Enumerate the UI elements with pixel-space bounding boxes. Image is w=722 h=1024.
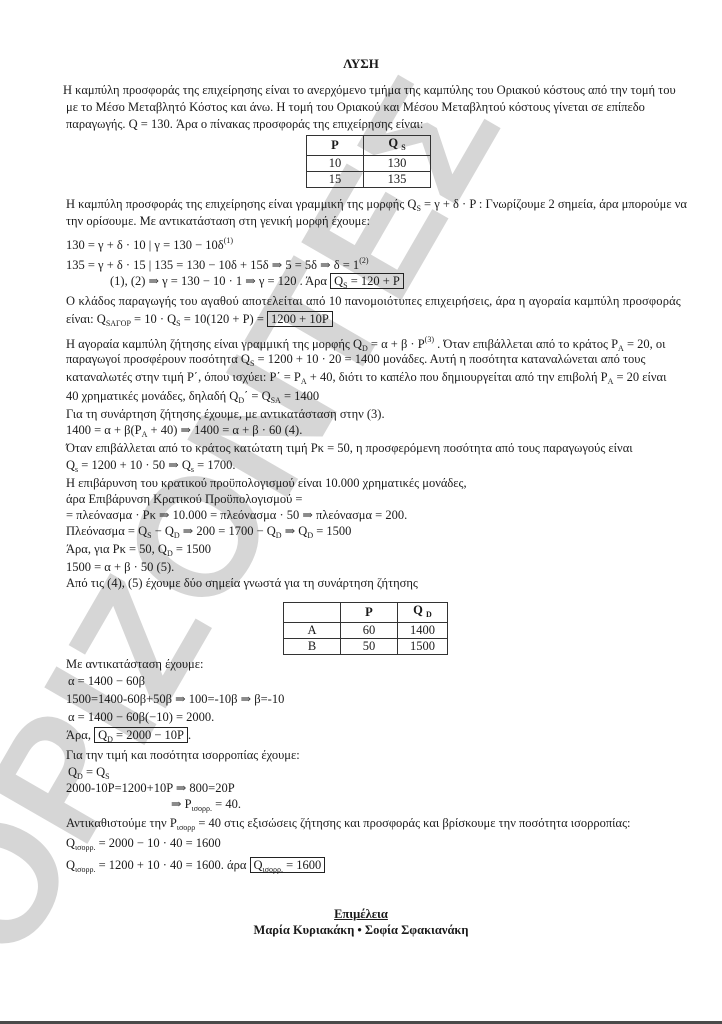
header-p: P (307, 136, 364, 156)
cell: 10 (307, 156, 364, 172)
cell: 60 (341, 623, 398, 639)
footer-title: Επιμέλεια (0, 906, 722, 923)
cell: 135 (364, 172, 431, 188)
budget-line-2: άρα Επιβάρυνση Κρατικού Προϋπολογισμού = (66, 491, 302, 508)
firm-supply-result: QS = 120 + P (330, 273, 404, 289)
document-page: ΟΡΙΖΟΝΤΕΣ ΛΥΣΗ Η καμπύλη προσφοράς της ε… (0, 0, 722, 1020)
header-qs: Q S (364, 136, 431, 156)
solve-line-1: Με αντικατάσταση έχουμε: (66, 656, 203, 673)
intro-line-1: Η καμπύλη προσφοράς της επιχείρησης είνα… (63, 82, 676, 99)
equation-1: 130 = γ + δ · 10 | γ = 130 − 10δ(1) (66, 232, 233, 254)
budget-line-3: = πλεόνασμα · Pκ ⇒ 10.000 = πλεόνασμα · … (66, 507, 407, 524)
solve-line-4: α = 1400 − 60β(−10) = 2000. (68, 709, 214, 726)
equilibrium-line-6: Qισορρ. = 2000 − 10 · 40 = 1600 (66, 835, 221, 856)
demand-fn-line-3: Όταν επιβάλλεται από το κράτος κατώτατη … (66, 440, 633, 457)
page-title: ΛΥΣΗ (0, 55, 722, 72)
budget-line-6: 1500 = α + β · 50 (5). (66, 559, 174, 576)
equilibrium-line-3: 2000-10P=1200+10P ⇒ 800=20P (66, 780, 235, 797)
equilibrium-line-5: Αντικαθιστούμε την Pισορρ = 40 στις εξισ… (66, 815, 631, 836)
solve-line-5: Άρα, QD = 2000 − 10P. (66, 727, 191, 748)
budget-line-7: Από τις (4), (5) έχουμε δύο σημεία γνωστ… (66, 575, 418, 592)
market-supply-line-2: είναι: QSΑΓΟΡ = 10 · QS = 10(120 + P) = … (66, 311, 333, 332)
cell: B (284, 639, 341, 655)
supply-fn-line-2: την ορίσουμε. Με αντικατάσταση στη γενικ… (66, 213, 370, 230)
equation-3: (1), (2) ⇒ γ = 130 − 10 · 1 ⇒ γ = 120 . … (110, 273, 404, 294)
header-p: P (341, 603, 398, 623)
cell: 50 (341, 639, 398, 655)
cell: 1400 (398, 623, 448, 639)
solve-line-2: α = 1400 − 60β (68, 673, 145, 690)
table-row: 15 135 (307, 172, 431, 188)
header-label (284, 603, 341, 623)
intro-line-2: με το Μέσο Μεταβλητό Κόστος και άνω. Η τ… (66, 99, 645, 116)
market-demand-line-3: καταναλωτές στην τιμή P΄, όπου ισχύει: P… (66, 369, 666, 390)
header-qd: Q D (398, 603, 448, 623)
demand-table: P Q D A 60 1400 B 50 1500 (283, 602, 448, 655)
demand-fn-line-1: Για τη συνάρτηση ζήτησης έχουμε, με αντι… (66, 406, 385, 423)
market-supply-line-1: Ο κλάδος παραγωγής του αγαθού αποτελείτα… (66, 293, 681, 310)
supply-table: P Q S 10 130 15 135 (306, 135, 431, 188)
table-row: A 60 1400 (284, 623, 448, 639)
cell: 130 (364, 156, 431, 172)
budget-line-1: Η επιβάρυνση του κρατικού προϋπολογισμού… (66, 475, 467, 492)
table-row: B 50 1500 (284, 639, 448, 655)
equilibrium-quantity-result: Qισορρ. = 1600 (250, 857, 326, 873)
equilibrium-line-7: Qισορρ. = 1200 + 10 · 40 = 1600. άρα Qισ… (66, 857, 325, 878)
cell: 1500 (398, 639, 448, 655)
table-header-row: P Q S (307, 136, 431, 156)
equation-2: 135 = γ + δ · 15 | 135 = 130 − 10δ + 15δ… (66, 252, 369, 274)
table-header-row: P Q D (284, 603, 448, 623)
equilibrium-line-1: Για την τιμή και ποσότητα ισορροπίας έχο… (66, 747, 300, 764)
footer-authors: Μαρία Κυριακάκη • Σοφία Σφακιανάκη (0, 922, 722, 939)
cell: A (284, 623, 341, 639)
intro-line-3: παραγωγής. Q = 130. Άρα ο πίνακας προσφο… (66, 116, 423, 133)
demand-result: QD = 2000 − 10P (94, 727, 188, 743)
market-supply-result: 1200 + 10P (267, 311, 333, 327)
equilibrium-line-4: ⇒ Pισορρ. = 40. (171, 796, 241, 817)
solve-line-3: 1500=1400-60β+50β ⇒ 100=-10β ⇒ β=-10 (66, 691, 284, 708)
table-row: 10 130 (307, 156, 431, 172)
cell: 15 (307, 172, 364, 188)
